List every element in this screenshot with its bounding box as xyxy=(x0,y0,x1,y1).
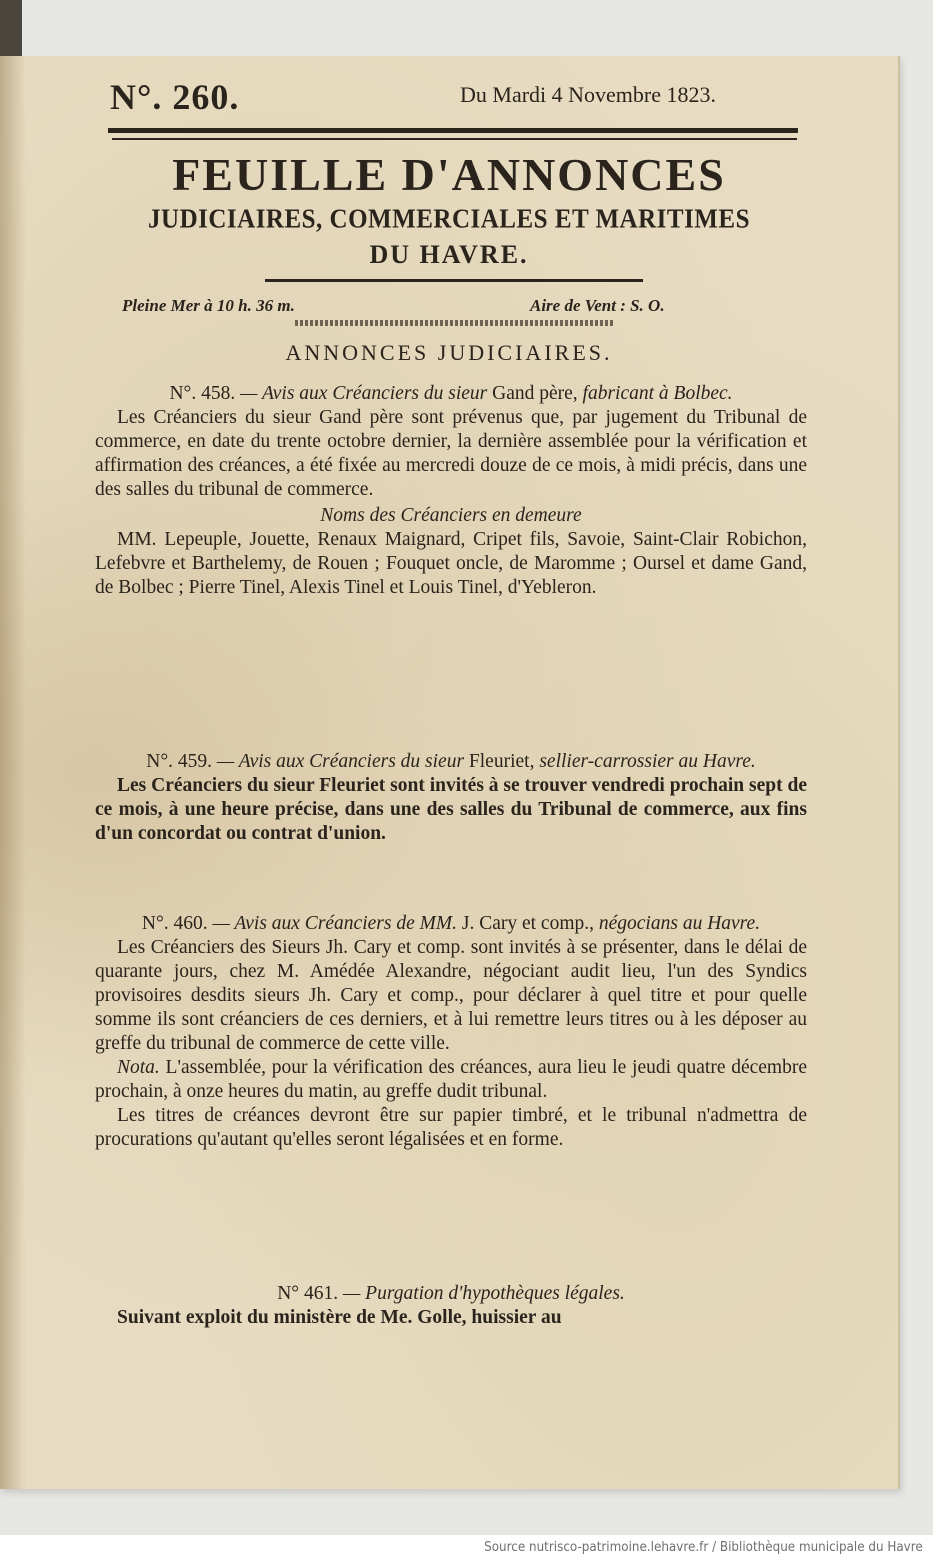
notice-heading: N°. 459. — Avis aux Créanciers du sieur … xyxy=(95,750,807,774)
tide-info: Pleine Mer à 10 h. 36 m. xyxy=(122,296,295,316)
notice-extra: Les titres de créances devront être sur … xyxy=(95,1104,807,1152)
masthead-subtitle: JUDICIAIRES, COMMERCIALES ET MARITIMES xyxy=(0,205,898,236)
page-gutter-shadow xyxy=(0,56,26,1489)
notice-heading: N°. 460. — Avis aux Créanciers de MM. J.… xyxy=(95,912,807,936)
header-rule-thin xyxy=(112,138,797,140)
masthead-rule xyxy=(265,279,643,282)
issue-date: Du Mardi 4 Novembre 1823. xyxy=(460,82,716,108)
notice-body: Suivant exploit du ministère de Me. Goll… xyxy=(95,1306,807,1330)
notice-subheading: Noms des Créanciers en demeure xyxy=(95,504,807,528)
section-title: ANNONCES JUDICIAIRES. xyxy=(0,340,898,366)
notice-458: N°. 458. — Avis aux Créanciers du sieur … xyxy=(95,382,807,600)
book-binding xyxy=(0,0,22,58)
notice-459: N°. 459. — Avis aux Créanciers du sieur … xyxy=(95,750,807,846)
notice-nota: Nota. L'assemblée, pour la vérification … xyxy=(95,1056,807,1104)
notice-461: N° 461. — Purgation d'hypothèques légale… xyxy=(95,1282,807,1330)
masthead-city: DU HAVRE. xyxy=(0,240,898,270)
source-credit: Source nutrisco-patrimoine.lehavre.fr / … xyxy=(484,1540,923,1555)
notice-number: N°. 458. xyxy=(169,383,235,404)
newspaper-page: N°. 260. Du Mardi 4 Novembre 1823. FEUIL… xyxy=(0,56,900,1489)
notice-heading: N°. 458. — Avis aux Créanciers du sieur … xyxy=(95,382,807,406)
notice-body: Les Créanciers du sieur Fleuriet sont in… xyxy=(95,774,807,846)
notice-heading: N° 461. — Purgation d'hypothèques légale… xyxy=(95,1282,807,1306)
notice-460: N°. 460. — Avis aux Créanciers de MM. J.… xyxy=(95,912,807,1152)
notice-body: Les Créanciers du sieur Gand père sont p… xyxy=(95,406,807,502)
masthead-title: FEUILLE D'ANNONCES xyxy=(0,148,898,201)
wavy-separator xyxy=(295,320,615,326)
issue-number: N°. 260. xyxy=(110,76,239,118)
creditor-list: MM. Lepeuple, Jouette, Renaux Maignard, … xyxy=(95,528,807,600)
notice-number: N°. 459. xyxy=(146,751,212,772)
notice-number: N°. 460. xyxy=(142,913,208,934)
header-rule-thick xyxy=(108,128,798,133)
notice-body: Les Créanciers des Sieurs Jh. Cary et co… xyxy=(95,936,807,1056)
notice-number: N° 461. xyxy=(277,1283,338,1304)
wind-info: Aire de Vent : S. O. xyxy=(530,296,665,316)
